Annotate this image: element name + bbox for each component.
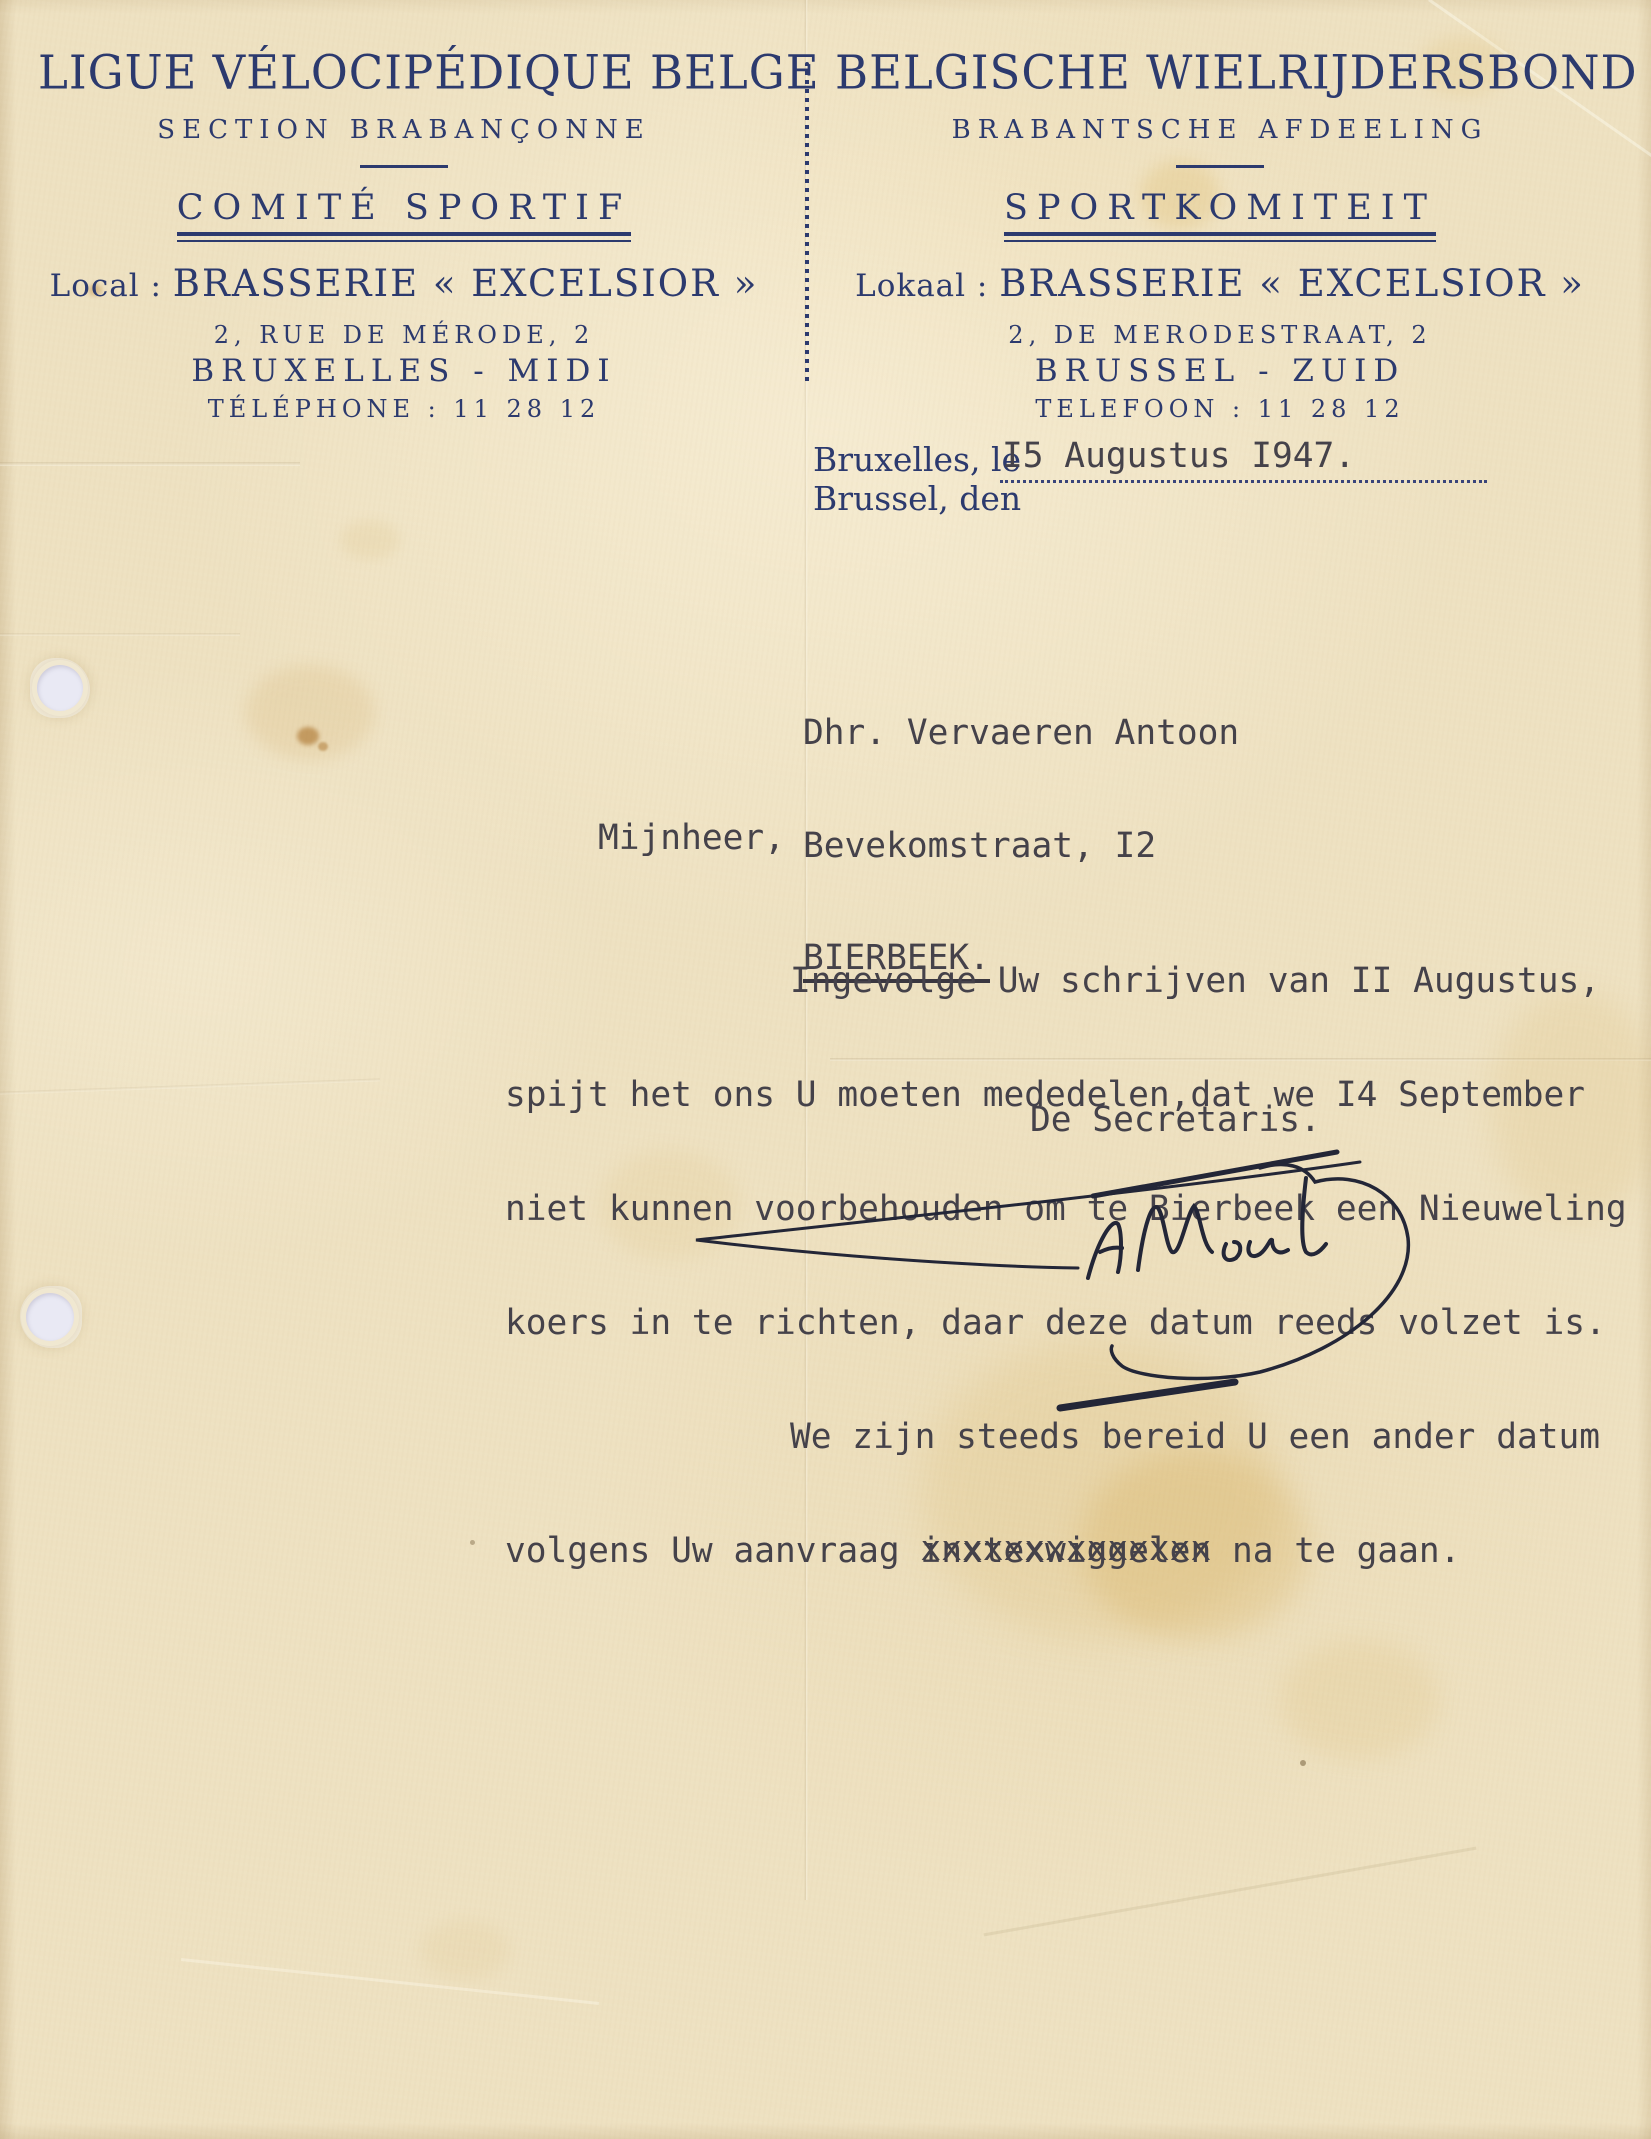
small-rule-nl xyxy=(1176,165,1264,168)
crease-horizontal-left xyxy=(0,462,300,466)
committee-fr: COMITÉ SPORTIF xyxy=(177,188,632,236)
dateline-fr: Bruxelles, le xyxy=(813,440,1021,479)
venue-label-nl: Lokaal : xyxy=(855,268,999,304)
phone-nl: TELEFOON : 11 28 12 xyxy=(835,395,1605,423)
body-line-pre: volgens Uw aanvraag xyxy=(505,1531,920,1571)
letter-page: LIGUE VÉLOCIPÉDIQUE BELGE SECTION BRABAN… xyxy=(0,0,1651,2139)
stain-brown-dot xyxy=(297,727,319,745)
street-nl: 2, DE MERODESTRAAT, 2 xyxy=(835,321,1605,349)
speck xyxy=(1300,1760,1306,1766)
typed-date: I5 Augustus I947. xyxy=(1002,436,1355,476)
stain xyxy=(245,665,375,760)
venue-fr: Local : BRASSERIE « EXCELSIOR » xyxy=(38,262,770,305)
dateline-printed: Bruxelles, le Brussel, den xyxy=(813,440,1021,518)
body-line: Ingevolge Uw schrijven van II Augustus, xyxy=(505,962,1627,1000)
struck-out-word: inxtexwiggelenxxxxxxxxxxxxxx xyxy=(920,1532,1211,1570)
signature-flourish xyxy=(660,1120,1460,1420)
stain-brown-dot xyxy=(318,742,328,751)
crease-diagonal-bottomleft xyxy=(181,1958,599,2005)
letterhead-left: LIGUE VÉLOCIPÉDIQUE BELGE SECTION BRABAN… xyxy=(38,46,770,423)
body-line-post: na te gaan. xyxy=(1211,1531,1460,1571)
stain xyxy=(420,1920,510,1980)
venue-label-fr: Local : xyxy=(50,268,173,304)
phone-fr: TÉLÉPHONE : 11 28 12 xyxy=(38,395,770,423)
column-divider-dotted xyxy=(805,62,809,384)
committee-nl: SPORTKOMITEIT xyxy=(1004,188,1436,236)
street-fr: 2, RUE DE MÉRODE, 2 xyxy=(38,321,770,349)
section-nl: BRABANTSCHE AFDEELING xyxy=(835,115,1605,145)
venue-nl: Lokaal : BRASSERIE « EXCELSIOR » xyxy=(835,262,1605,305)
overstrike-x: xxxxxxxxxxxxxx xyxy=(920,1530,1211,1568)
recipient-street: Bevekomstraat, I2 xyxy=(803,828,1239,866)
org-title-nl: BELGISCHE WIELRIJDERSBOND xyxy=(835,45,1605,100)
body-line: We zijn steeds bereid U een ander datum xyxy=(505,1418,1627,1456)
letterhead-right: BELGISCHE WIELRIJDERSBOND BRABANTSCHE AF… xyxy=(835,46,1605,423)
org-title-fr: LIGUE VÉLOCIPÉDIQUE BELGE xyxy=(38,45,770,100)
city-nl: BRUSSEL - ZUID xyxy=(835,353,1605,389)
crease-diagonal-bottomright xyxy=(984,1847,1477,1937)
crease-horizontal-left2 xyxy=(0,633,240,636)
city-fr: BRUXELLES - MIDI xyxy=(38,353,770,389)
small-rule-fr xyxy=(360,165,448,168)
salutation: Mijnheer, xyxy=(598,818,785,858)
stain xyxy=(1280,1640,1440,1760)
section-fr: SECTION BRABANÇONNE xyxy=(38,115,770,145)
venue-name-nl: BRASSERIE « EXCELSIOR » xyxy=(999,262,1585,305)
recipient-name: Dhr. Vervaeren Antoon xyxy=(803,715,1239,753)
body-line-with-strikeout: volgens Uw aanvraag inxtexwiggelenxxxxxx… xyxy=(505,1532,1627,1570)
punch-hole-bottom xyxy=(26,1293,74,1341)
venue-name-fr: BRASSERIE « EXCELSIOR » xyxy=(173,262,759,305)
crease-horizontal-left3 xyxy=(0,1078,380,1094)
dateline-nl: Brussel, den xyxy=(813,479,1021,518)
speck xyxy=(470,1540,475,1545)
stain xyxy=(340,520,400,560)
punch-hole-top xyxy=(37,665,83,711)
